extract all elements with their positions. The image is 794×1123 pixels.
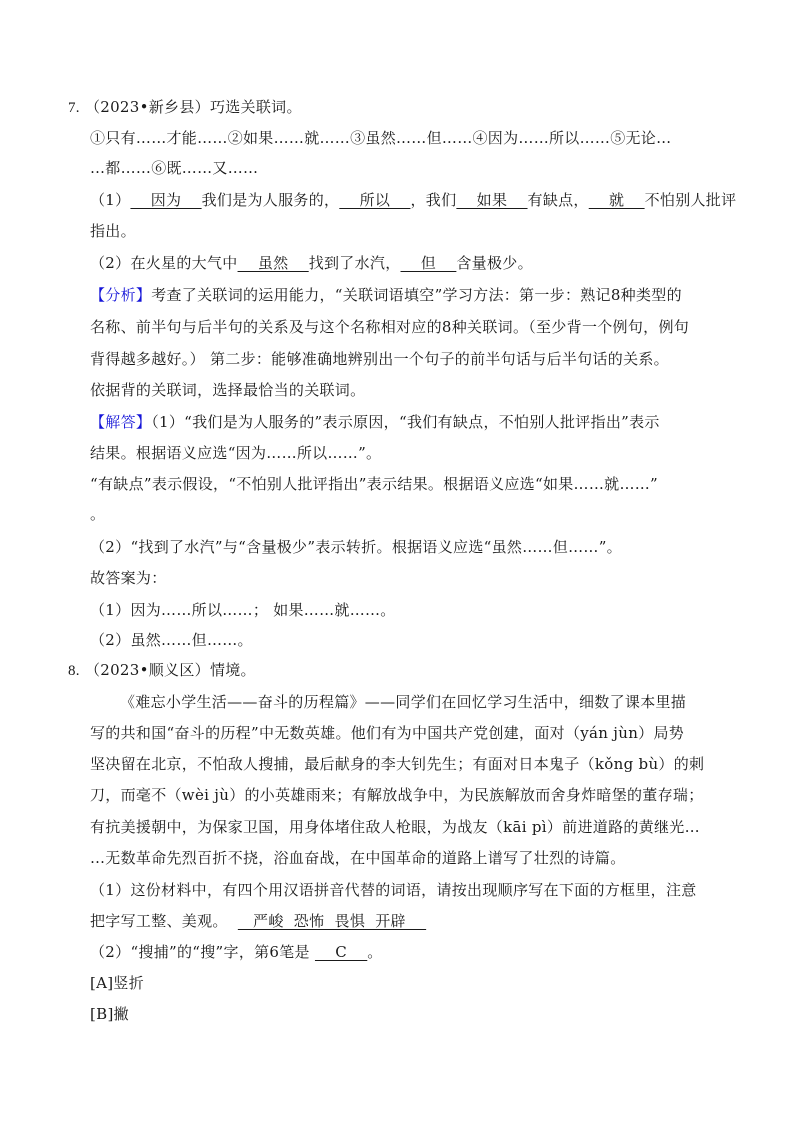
solution-line2: 结果。根据语义应选“因为……所以……”。 bbox=[90, 443, 381, 463]
solution-line4: 。 bbox=[90, 504, 105, 524]
q7-sub1-blank2: 所以 bbox=[339, 191, 410, 209]
q8-option-a: [A]竖折 bbox=[90, 973, 144, 993]
q7-sub1-text1: 我们是为人服务的， bbox=[202, 191, 340, 209]
q7-options-line2: …都……⑥既……又…… bbox=[90, 158, 258, 178]
q7-sub1-blank1: 因为 bbox=[130, 191, 201, 209]
q7-sub2-prefix: （2）在火星的大气中 bbox=[90, 254, 238, 272]
q8-source: （2023•顺义区）情境。 bbox=[85, 661, 256, 679]
q8-sub2-end: 。 bbox=[367, 943, 382, 961]
q8-passage-line1: 《难忘小学生活——奋斗的历程篇》——同学们在回忆学习生活中，细数了课本里描 bbox=[120, 692, 686, 712]
q7-options-line1: ①只有……才能……②如果……就……③虽然……但……④因为……所以……⑤无论… bbox=[90, 128, 671, 148]
q7-source: （2023•新乡县）巧选关联词。 bbox=[85, 98, 302, 116]
analysis-line2: 名称、前半句与后半句的关系及与这个名称相对应的8种关联词。（至少背一个例句，例句 bbox=[90, 317, 689, 337]
q8-passage-line4: 刀，而毫不（wèi jù）的小英雄雨来；有解放战争中，为民族解放而舍身炸暗堡的董… bbox=[90, 785, 704, 805]
q7-sub2-text1: 找到了水汽， bbox=[309, 254, 401, 272]
q7-sub1-cont: 指出。 bbox=[90, 221, 136, 241]
q7-sub2-blank2: 但 bbox=[401, 254, 457, 272]
analysis-line1: 【分析】考查了关联词的运用能力，“关联词语填空”学习方法：第一步：熟记8种类型的 bbox=[90, 285, 682, 305]
q7-sub1-text3: 有缺点， bbox=[528, 191, 589, 209]
q8-sub2-text: （2）“搜捕”的“搜”字，第6笔是 bbox=[90, 943, 310, 961]
solution-line5: （2）“找到了水汽”与“含量极少”表示转折。根据语义应选“虽然……但……”。 bbox=[90, 537, 622, 557]
q8-number: 8. bbox=[68, 663, 80, 679]
q8-passage-line2: 写的共和国“奋斗的历程”中无数英雄。他们有为中国共产党创建，面对（yán jùn… bbox=[90, 723, 684, 743]
document-page: 7. （2023•新乡县）巧选关联词。 ①只有……才能……②如果……就……③虽然… bbox=[0, 0, 794, 1123]
q7-sub1: （1） 因为 我们是为人服务的， 所以 ，我们 如果 有缺点， 就 不怕别人批评 bbox=[90, 190, 736, 210]
solution-line6: 故答案为： bbox=[90, 568, 167, 588]
solution-line3: “有缺点”表示假设，“不怕别人批评指出”表示结果。根据语义应选“如果……就……” bbox=[90, 474, 658, 494]
analysis-tag: 【分析】 bbox=[90, 286, 151, 304]
q7-number: 7. bbox=[68, 100, 80, 116]
q7-sub2: （2）在火星的大气中 虽然 找到了水汽， 但 含量极少。 bbox=[90, 253, 533, 273]
q8-passage-line6: …无数革命先烈百折不挠，浴血奋战，在中国革命的道路上谱写了壮烈的诗篇。 bbox=[90, 848, 626, 868]
q8-sub1-text: 把字写工整、美观。 bbox=[90, 912, 228, 930]
q7-sub1-blank3: 如果 bbox=[456, 191, 527, 209]
solution-line7: （1）因为……所以……； 如果……就……。 bbox=[90, 600, 396, 620]
q7-sub1-text2: ，我们 bbox=[410, 191, 456, 209]
q7-header: 7. （2023•新乡县）巧选关联词。 bbox=[68, 97, 302, 118]
q8-sub2: （2）“搜捕”的“搜”字，第6笔是 C 。 bbox=[90, 942, 383, 962]
q8-sub1-answer: 严峻 恐怖 畏惧 开辟 bbox=[238, 912, 426, 930]
solution-line1: 【解答】（1）“我们是为人服务的”表示原因，“我们有缺点，不怕别人批评指出”表示 bbox=[90, 412, 660, 432]
analysis-line3: 背得越多越好。） 第二步：能够准确地辨别出一个句子的前半句话与后半句话的关系。 bbox=[90, 349, 669, 369]
q8-sub1-line1: （1）这份材料中，有四个用汉语拼音代替的词语，请按出现顺序写在下面的方框里，注意 bbox=[90, 880, 697, 900]
q8-sub1-line2: 把字写工整、美观。 严峻 恐怖 畏惧 开辟 bbox=[90, 911, 426, 931]
q7-sub2-blank1: 虽然 bbox=[238, 254, 309, 272]
q7-sub1-text4: 不怕别人批评 bbox=[645, 191, 737, 209]
solution-text: （1）“我们是为人服务的”表示原因，“我们有缺点，不怕别人批评指出”表示 bbox=[151, 413, 660, 431]
q8-passage-line5: 有抗美援朝中，为保家卫国，用身体堵住敌人枪眼，为战友（kāi pì）前进道路的黄… bbox=[90, 817, 700, 837]
analysis-text: 考查了关联词的运用能力，“关联词语填空”学习方法：第一步：熟记8种类型的 bbox=[151, 286, 682, 304]
q8-option-b: [B]撇 bbox=[90, 1004, 129, 1024]
solution-tag: 【解答】 bbox=[90, 413, 151, 431]
solution-line8: （2）虽然……但……。 bbox=[90, 630, 253, 650]
analysis-line4: 依据背的关联词，选择最恰当的关联词。 bbox=[90, 380, 365, 400]
q8-sub2-answer: C bbox=[315, 943, 367, 961]
q7-sub2-text2: 含量极少。 bbox=[456, 254, 533, 272]
q8-passage-line3: 坚决留在北京，不怕敌人搜捕，最后献身的李大钊先生；有面对日本鬼子（kǒng bù… bbox=[90, 754, 704, 774]
q7-sub1-blank4: 就 bbox=[589, 191, 645, 209]
q7-sub1-prefix: （1） bbox=[90, 191, 130, 209]
q8-header: 8. （2023•顺义区）情境。 bbox=[68, 660, 256, 681]
